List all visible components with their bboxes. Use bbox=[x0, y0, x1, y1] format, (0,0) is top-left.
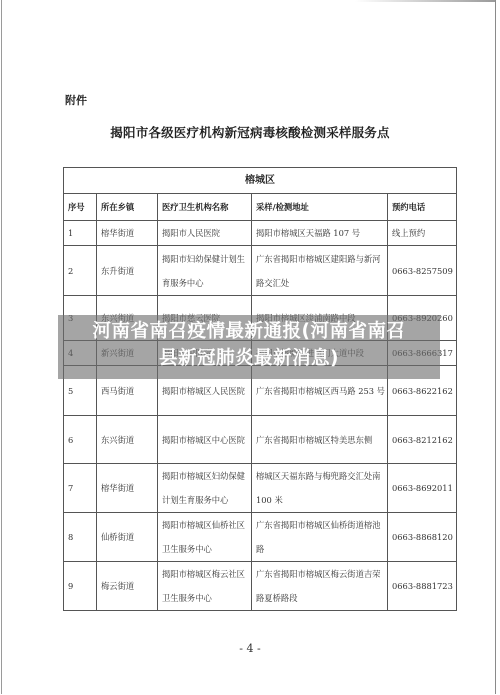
cell-phone: 线上预约 bbox=[388, 221, 457, 246]
sampling-sites-table: 榕城区 序号 所在乡镇 医疗卫生机构名称 采样/检测地址 预约电话 1 榕华街道… bbox=[63, 167, 457, 611]
cell-no: 9 bbox=[64, 562, 97, 611]
cell-org: 揭阳市榕城区中心医院 bbox=[158, 416, 252, 464]
table-row: 8 仙桥街道 揭阳市榕城区仙桥社区卫生服务中心 广东省揭阳市榕城区仙桥街道榕池路… bbox=[64, 513, 457, 562]
cell-address: 广东省揭阳市榕城区梅云街道吉荣路夏桥路段 bbox=[252, 562, 388, 611]
cell-address: 广东省揭阳市榕城区特美思东侧 bbox=[252, 416, 388, 464]
column-header: 所在乡镇 bbox=[97, 194, 158, 221]
district-row: 榕城区 bbox=[64, 168, 457, 194]
cell-org: 揭阳市妇幼保健计划生育服务中心 bbox=[158, 246, 252, 296]
table-row: 7 榕华街道 揭阳市榕城区妇幼保健计划生育服务中心 榕城区天福东路与梅兜路交汇处… bbox=[64, 464, 457, 513]
table-row: 1 榕华街道 揭阳市人民医院 揭阳市榕城区天福路 107 号 线上预约 bbox=[64, 221, 457, 246]
cell-org: 揭阳市榕城区仙桥社区卫生服务中心 bbox=[158, 513, 252, 562]
column-header: 预约电话 bbox=[388, 194, 457, 221]
cell-no: 8 bbox=[64, 513, 97, 562]
cell-town: 榕华街道 bbox=[97, 221, 158, 246]
table-row: 9 梅云街道 揭阳市榕城区梅云社区卫生服务中心 广东省揭阳市榕城区梅云街道吉荣路… bbox=[64, 562, 457, 611]
headline-line-2: 县新冠肺炎最新消息) bbox=[58, 345, 440, 372]
cell-address: 广东省揭阳市榕城区仙桥街道榕池路 bbox=[252, 513, 388, 562]
cell-no: 6 bbox=[64, 416, 97, 464]
cell-town: 东升街道 bbox=[97, 246, 158, 296]
cell-address: 广东省揭阳市榕城区建阳路与新河路交汇处 bbox=[252, 246, 388, 296]
scan-edge-shadow bbox=[355, 0, 495, 2]
district-name: 榕城区 bbox=[64, 168, 457, 194]
cell-town: 榕华街道 bbox=[97, 464, 158, 513]
cell-no: 1 bbox=[64, 221, 97, 246]
table-row: 2 东升街道 揭阳市妇幼保健计划生育服务中心 广东省揭阳市榕城区建阳路与新河路交… bbox=[64, 246, 457, 296]
cell-org: 揭阳市人民医院 bbox=[158, 221, 252, 246]
cell-phone: 0663-8881723 bbox=[388, 562, 457, 611]
cell-phone: 0663-8212162 bbox=[388, 416, 457, 464]
headline-line-1: 河南省南召疫情最新通报(河南省南召 bbox=[58, 318, 440, 345]
cell-phone: 0663-8692011 bbox=[388, 464, 457, 513]
cell-address: 揭阳市榕城区天福路 107 号 bbox=[252, 221, 388, 246]
cell-phone: 0663-8257509 bbox=[388, 246, 457, 296]
header-row: 序号 所在乡镇 医疗卫生机构名称 采样/检测地址 预约电话 bbox=[64, 194, 457, 221]
cell-no: 2 bbox=[64, 246, 97, 296]
cell-town: 仙桥街道 bbox=[97, 513, 158, 562]
cell-phone: 0663-8868120 bbox=[388, 513, 457, 562]
cell-org: 揭阳市榕城区妇幼保健计划生育服务中心 bbox=[158, 464, 252, 513]
cell-town: 梅云街道 bbox=[97, 562, 158, 611]
attachment-label: 附件 bbox=[65, 92, 87, 108]
cell-town: 东兴街道 bbox=[97, 416, 158, 464]
column-header: 采样/检测地址 bbox=[252, 194, 388, 221]
cell-org: 揭阳市榕城区梅云社区卫生服务中心 bbox=[158, 562, 252, 611]
cell-no: 7 bbox=[64, 464, 97, 513]
column-header: 医疗卫生机构名称 bbox=[158, 194, 252, 221]
column-header: 序号 bbox=[64, 194, 97, 221]
page-number: - 4 - bbox=[0, 642, 500, 655]
headline-text: 河南省南召疫情最新通报(河南省南召 县新冠肺炎最新消息) bbox=[58, 318, 440, 372]
document-title: 揭阳市各级医疗机构新冠病毒核酸检测采样服务点 bbox=[0, 123, 500, 141]
cell-address: 榕城区天福东路与梅兜路交汇处南 100 米 bbox=[252, 464, 388, 513]
table-row: 6 东兴街道 揭阳市榕城区中心医院 广东省揭阳市榕城区特美思东侧 0663-82… bbox=[64, 416, 457, 464]
